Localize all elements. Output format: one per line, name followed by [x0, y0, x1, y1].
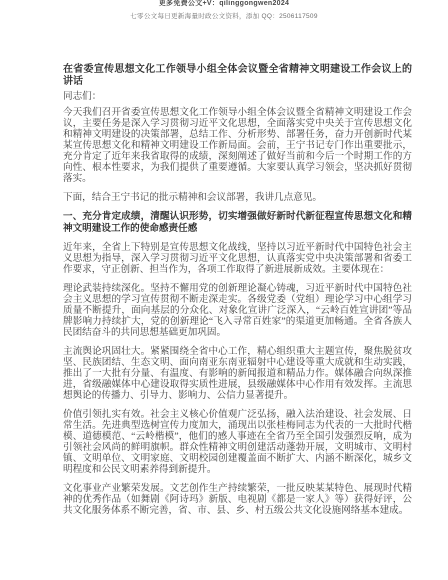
document-page: 更多免费公文+V：qilinggongwen2024 七零公文每日更新海量时政公…: [0, 0, 448, 580]
intro-paragraph-1: 今天我们召开省委宣传思想文化工作领导小组全体会议暨全省精神文明建设工作会议，主要…: [63, 107, 412, 184]
section-1-paragraph-5: 文化事业产业繁荣发展。文艺创作生产持续繁荣，一批反映某某特色、展现时代精神的优秀…: [63, 483, 412, 516]
section-1-heading: 一、充分肯定成绩，清醒认识形势，切实增强做好新时代新征程宣传思想文化和精神文明建…: [63, 211, 412, 234]
intro-paragraph-2: 下面，结合王宁书记的批示精神和会议部署，我讲几点意见。: [63, 192, 412, 203]
promo-header: 更多免费公文+V：qilinggongwen2024 七零公文每日更新海量时政公…: [0, 0, 448, 20]
promo-line-1: 更多免费公文+V：qilinggongwen2024: [0, 0, 448, 8]
promo-line-2: 七零公文每日更新海量时政公文资料，添加 QQ：2506117509: [0, 11, 448, 20]
document-body: 在省委宣传思想文化工作领导小组全体会议暨全省精神文明建设工作会议上的讲话 同志们…: [63, 64, 412, 516]
document-title: 在省委宣传思想文化工作领导小组全体会议暨全省精神文明建设工作会议上的讲话: [63, 64, 412, 87]
section-1-paragraph-4: 价值引领扎实有效。社会主义核心价值观广泛弘扬，融入法治建设、社会发展、日常生活。…: [63, 409, 412, 475]
salutation: 同志们：: [63, 91, 412, 102]
section-1-paragraph-2: 理论武装持续深化。坚持不懈用党的创新理论凝心铸魂，习近平新时代中国特色社会主义思…: [63, 283, 412, 338]
section-1-paragraph-3: 主流舆论巩固壮大。紧紧围绕全省中心工作，精心组织重大主题宣传，聚焦脱贫攻坚、民族…: [63, 346, 412, 401]
section-1-paragraph-1: 近年来，全省上下特别是宣传思想文化战线，坚持以习近平新时代中国特色社会主义思想为…: [63, 242, 412, 275]
